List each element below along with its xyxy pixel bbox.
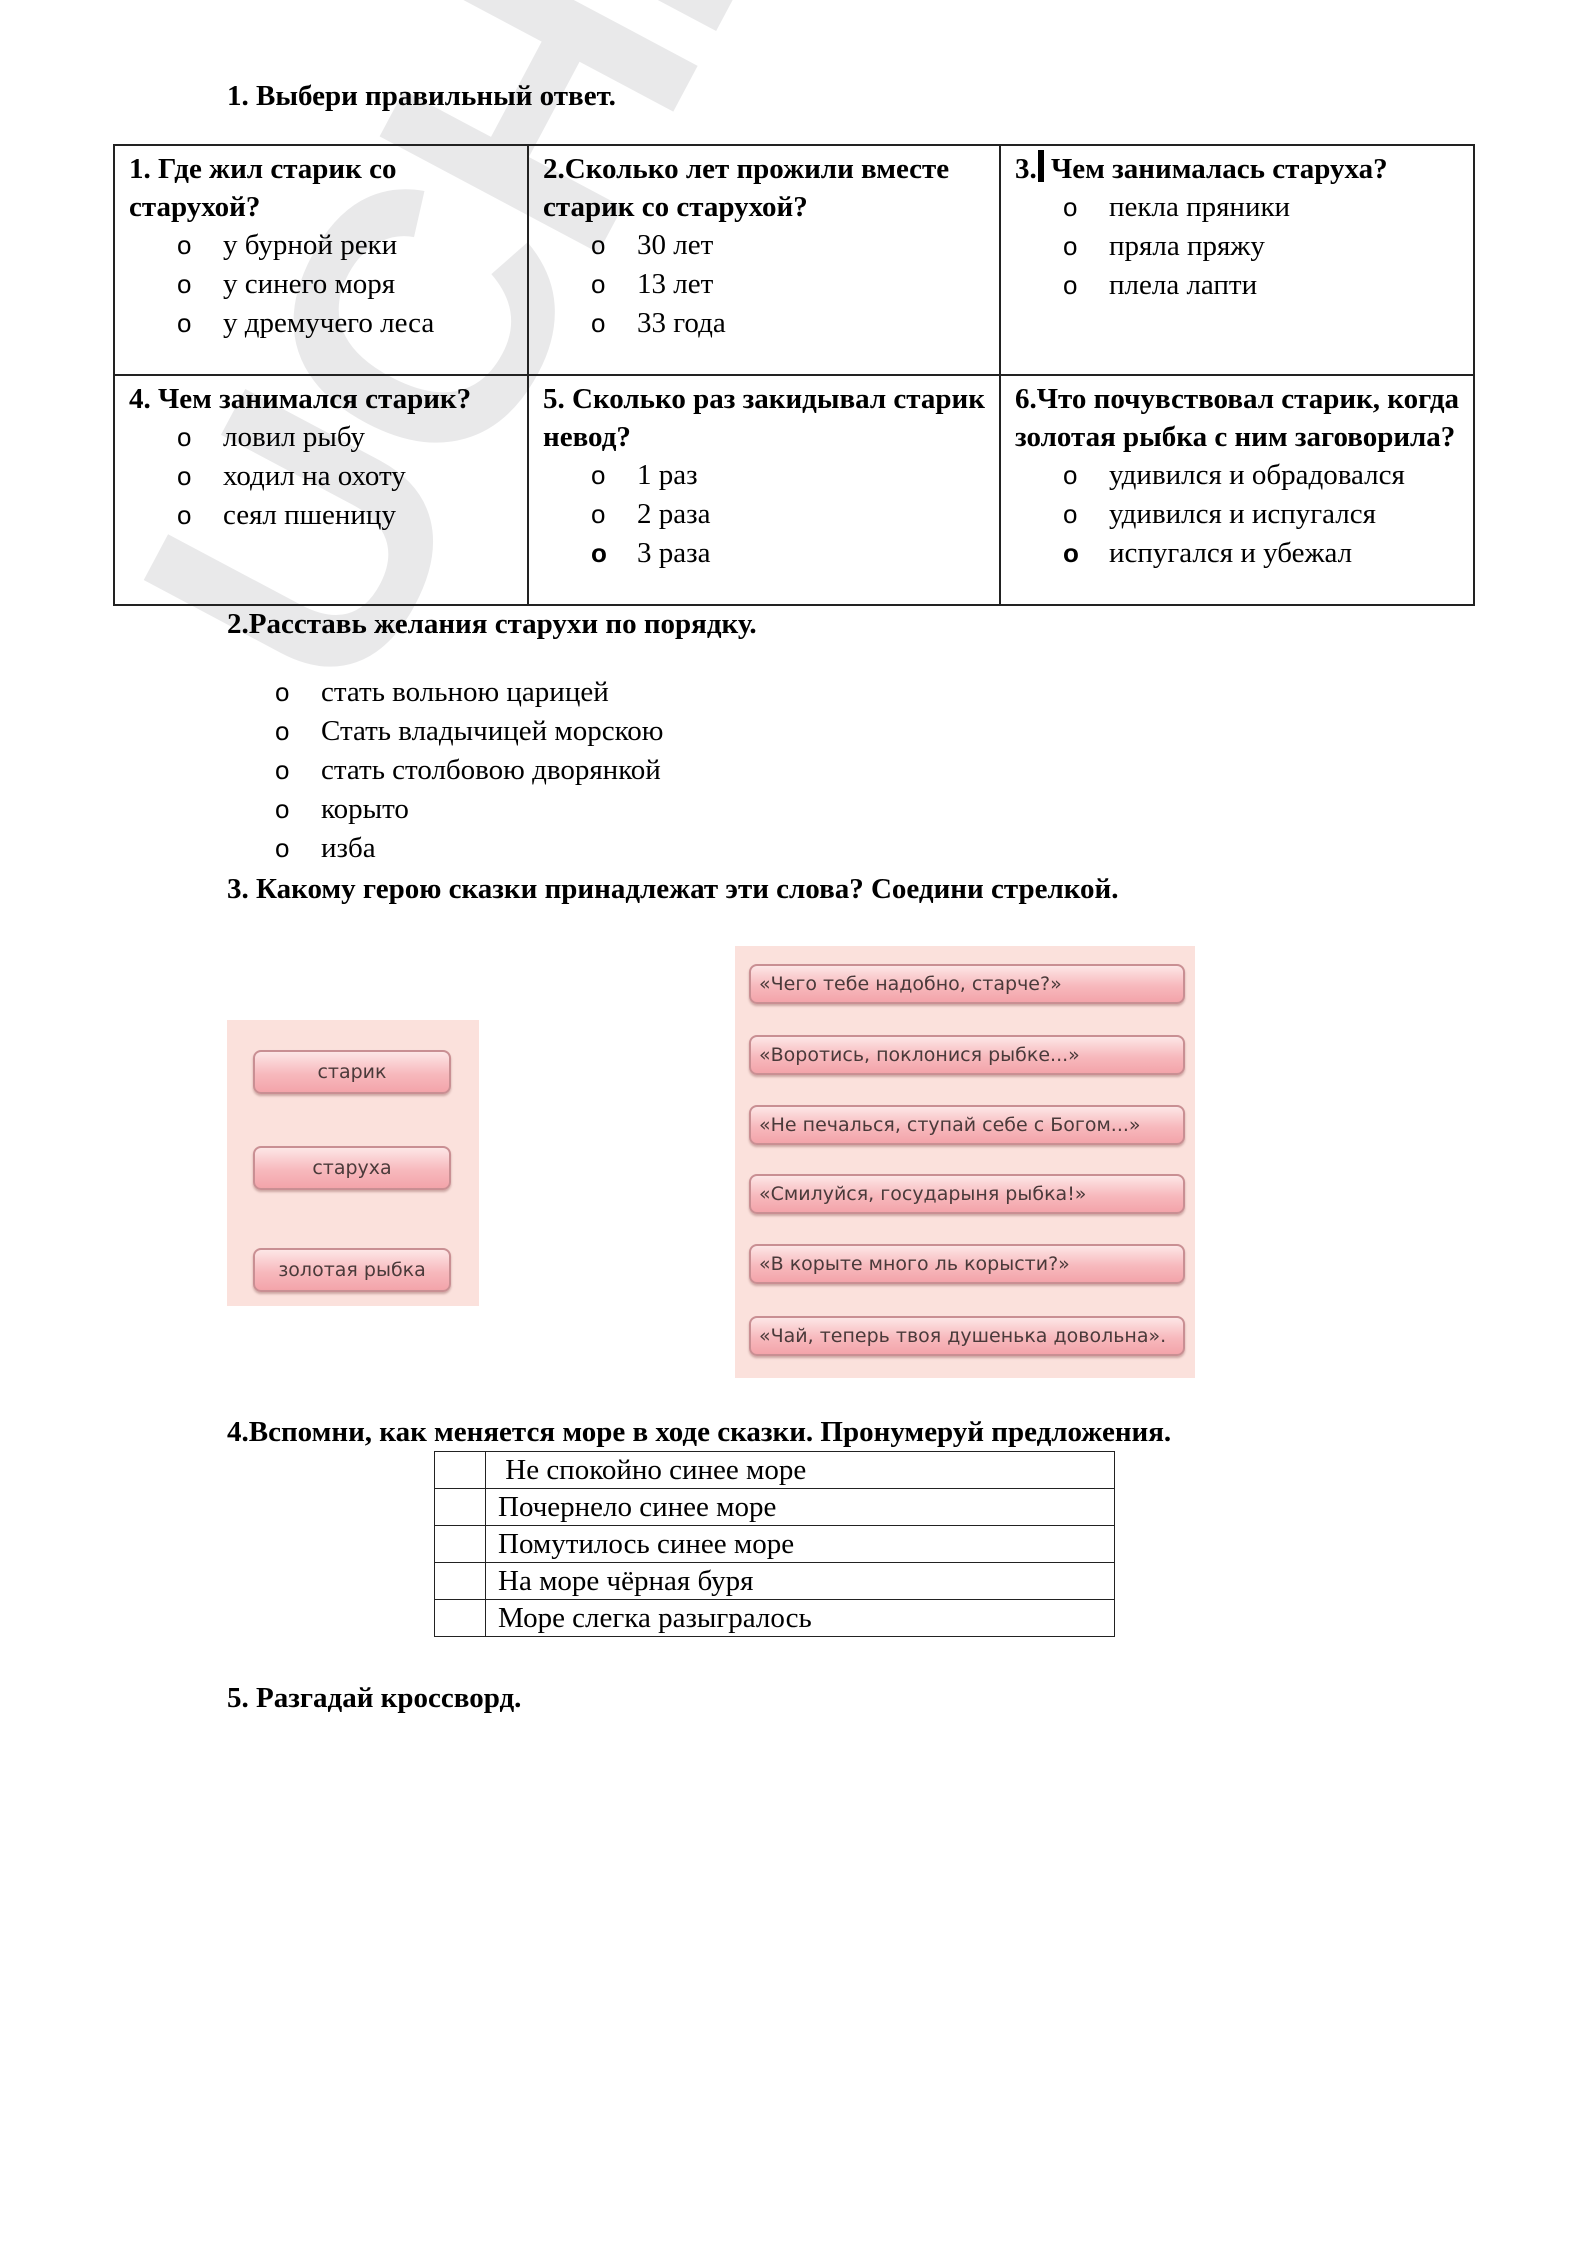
option[interactable]: oу синего моря [177, 265, 515, 304]
option[interactable]: o33 года [591, 304, 987, 343]
question-title: 1. Где жил старик со старухой? [129, 150, 515, 226]
question-title: 5. Сколько раз закидывал старик невод? [543, 380, 987, 456]
bullet-icon: o [275, 712, 289, 751]
table-row: Почернело синее море [435, 1489, 1115, 1526]
options-list: o1 раз o2 раза o3 раза [543, 456, 987, 573]
option[interactable]: o13 лет [591, 265, 987, 304]
question-title: 3. Чем занималась старуха? [1015, 150, 1461, 188]
option[interactable]: o3 раза [591, 534, 987, 573]
table-row: На море чёрная буря [435, 1563, 1115, 1600]
option[interactable]: oплела лапти [1063, 266, 1461, 305]
bullet-icon: o [1063, 188, 1077, 227]
wish-item[interactable]: oстать вольною царицей [275, 673, 663, 712]
option[interactable]: oиспугался и убежал [1063, 534, 1461, 573]
sea-text: Не спокойно синее море [486, 1452, 1115, 1489]
question-title: 4. Чем занимался старик? [129, 380, 515, 418]
sea-order-table: Не спокойно синее море Почернело синее м… [434, 1451, 1115, 1637]
bullet-icon: o [177, 496, 191, 535]
bullet-icon: o [275, 673, 289, 712]
options-list: o30 лет o13 лет o33 года [543, 226, 987, 343]
option[interactable]: oудивился и испугался [1063, 495, 1461, 534]
question-title: 2.Сколько лет прожили вместе старик со с… [543, 150, 987, 226]
wish-item[interactable]: oСтать владычицей морскою [275, 712, 663, 751]
text-cursor [1038, 150, 1044, 182]
table-row: Море слегка разыгралось [435, 1600, 1115, 1637]
wishes-list: oстать вольною царицей oСтать владычицей… [275, 673, 663, 868]
question-title: 6.Что почувствовал старик, когда золотая… [1015, 380, 1461, 456]
option[interactable]: oу дремучего леса [177, 304, 515, 343]
number-input-cell[interactable] [435, 1526, 486, 1563]
sea-text: На море чёрная буря [486, 1563, 1115, 1600]
wish-item[interactable]: oкорыто [275, 790, 663, 829]
quote-button[interactable]: «Смилуйся, государыня рыбка!» [749, 1174, 1185, 1214]
option[interactable]: oу бурной реки [177, 226, 515, 265]
bullet-icon: o [275, 790, 289, 829]
options-list: oпекла пряники oпряла пряжу oплела лапти [1015, 188, 1461, 305]
option[interactable]: o2 раза [591, 495, 987, 534]
bullet-icon: o [591, 495, 605, 534]
bullet-icon: o [591, 456, 605, 495]
bullet-icon: o [1063, 266, 1077, 305]
bullet-icon: o [177, 226, 191, 265]
bullet-icon: o [591, 304, 605, 343]
sea-text: Почернело синее море [486, 1489, 1115, 1526]
bullet-icon: o [1063, 495, 1077, 534]
question-cell-3: 3. Чем занималась старуха? oпекла пряник… [1000, 145, 1474, 375]
bullet-icon: o [177, 304, 191, 343]
question-cell-2: 2.Сколько лет прожили вместе старик со с… [528, 145, 1000, 375]
task1-heading: 1. Выбери правильный ответ. [227, 80, 616, 113]
quote-button[interactable]: «Чай, теперь твоя душенька довольна». [749, 1316, 1185, 1356]
bullet-icon: o [275, 751, 289, 790]
sea-text: Море слегка разыгралось [486, 1600, 1115, 1637]
option[interactable]: oпряла пряжу [1063, 227, 1461, 266]
quotes-image: «Чего тебе надобно, старче?» «Воротись, … [735, 946, 1195, 1378]
question-cell-6: 6.Что почувствовал старик, когда золотая… [1000, 375, 1474, 605]
character-button[interactable]: старуха [253, 1146, 451, 1190]
option[interactable]: o30 лет [591, 226, 987, 265]
number-input-cell[interactable] [435, 1563, 486, 1600]
character-button[interactable]: золотая рыбка [253, 1248, 451, 1292]
bullet-icon: o [177, 418, 191, 457]
task2-heading: 2.Расставь желания старухи по порядку. [227, 608, 757, 641]
character-button[interactable]: старик [253, 1050, 451, 1094]
wish-item[interactable]: oстать столбовою дворянкой [275, 751, 663, 790]
option[interactable]: o1 раз [591, 456, 987, 495]
bullet-icon: o [591, 534, 607, 573]
options-list: oу бурной реки oу синего моря oу дремуче… [129, 226, 515, 343]
table-row: Не спокойно синее море [435, 1452, 1115, 1489]
options-list: oловил рыбу oходил на охоту oсеял пшениц… [129, 418, 515, 535]
number-input-cell[interactable] [435, 1489, 486, 1526]
bullet-icon: o [1063, 456, 1077, 495]
bullet-icon: o [177, 457, 191, 496]
bullet-icon: o [1063, 227, 1077, 266]
sea-text: Помутилось синее море [486, 1526, 1115, 1563]
bullet-icon: o [591, 265, 605, 304]
quote-button[interactable]: «Чего тебе надобно, старче?» [749, 964, 1185, 1004]
option[interactable]: oловил рыбу [177, 418, 515, 457]
option[interactable]: oходил на охоту [177, 457, 515, 496]
task3-heading: 3. Какому герою сказки принадлежат эти с… [227, 873, 1119, 906]
question-cell-1: 1. Где жил старик со старухой? oу бурной… [114, 145, 528, 375]
number-input-cell[interactable] [435, 1452, 486, 1489]
bullet-icon: o [177, 265, 191, 304]
task4-heading: 4.Вспомни, как меняется море в ходе сказ… [227, 1416, 1171, 1449]
characters-image: старик старуха золотая рыбка [227, 1020, 479, 1306]
task5-heading: 5. Разгадай кроссворд. [227, 1682, 521, 1715]
option[interactable]: oсеял пшеницу [177, 496, 515, 535]
option[interactable]: oудивился и обрадовался [1063, 456, 1461, 495]
quote-button[interactable]: «Воротись, поклонися рыбке...» [749, 1035, 1185, 1075]
bullet-icon: o [591, 226, 605, 265]
table-row: Помутилось синее море [435, 1526, 1115, 1563]
options-list: oудивился и обрадовался oудивился и испу… [1015, 456, 1461, 573]
quiz-table: 1. Где жил старик со старухой? oу бурной… [113, 144, 1475, 606]
quote-button[interactable]: «Не печалься, ступай себе с Богом...» [749, 1105, 1185, 1145]
question-cell-5: 5. Сколько раз закидывал старик невод? o… [528, 375, 1000, 605]
question-cell-4: 4. Чем занимался старик? oловил рыбу oхо… [114, 375, 528, 605]
wish-item[interactable]: oизба [275, 829, 663, 868]
quote-button[interactable]: «В корыте много ль корысти?» [749, 1244, 1185, 1284]
option[interactable]: oпекла пряники [1063, 188, 1461, 227]
bullet-icon: o [1063, 534, 1079, 573]
number-input-cell[interactable] [435, 1600, 486, 1637]
bullet-icon: o [275, 829, 289, 868]
